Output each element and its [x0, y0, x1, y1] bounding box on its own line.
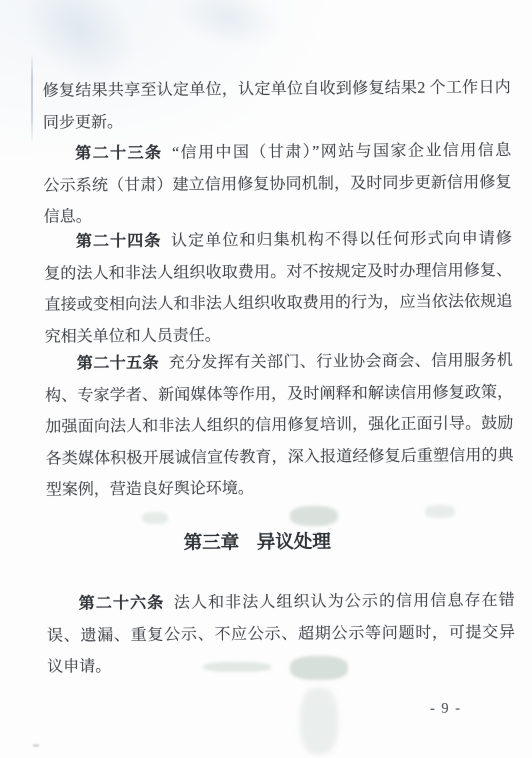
chapter-title: 异议处理	[257, 532, 331, 553]
document-page: 修复结果共享至认定单位，认定单位自收到修复结果2 个工作日内 同步更新。 第二十…	[0, 0, 532, 758]
text-line: 同步更新。	[43, 104, 511, 139]
chapter-heading: 第三章异议处理	[1, 526, 513, 560]
paragraph-article-23: 第二十三条“信用中国（甘肃）”网站与国家企业信用信息 公示系统（甘肃）建立信用修…	[43, 135, 512, 233]
paragraph-article-26: 第二十六条法人和非法人组织认为公示的信用信息存在错 误、遗漏、重复公示、不应公示…	[47, 585, 516, 683]
text-line: 第二十四条认定单位和归集机构不得以任何形式向申请修	[44, 223, 512, 258]
article-term: 第二十四条	[76, 233, 162, 251]
text-line: 误、遗漏、重复公示、不应公示、超期公示等问题时，可提交异	[47, 617, 515, 652]
paragraph-article-25: 第二十五条充分发挥有关部门、行业协会商会、信用服务机 构、专家学者、新闻媒体等作…	[45, 345, 514, 506]
article-term: 第二十五条	[77, 355, 159, 373]
text-line: 型案例，营造良好舆论环境。	[46, 471, 514, 506]
article-term: 第二十三条	[75, 145, 162, 163]
text-line: 复的法人和非法人组织收取费用。对不按规定及时办理信用修复、	[44, 255, 512, 290]
text-line: 构、专家学者、新闻媒体等作用，及时阐释和解读信用修复政策，	[45, 377, 513, 412]
article-text: “信用中国（甘肃）”网站与国家企业信用信息	[172, 142, 511, 162]
chapter-number: 第三章	[184, 533, 240, 553]
text-line: 各类媒体积极开展诚信宣传教育，深入报道经修复后重塑信用的典	[45, 440, 513, 475]
text-line: 修复结果共享至认定单位，认定单位自收到修复结果2 个工作日内	[43, 72, 511, 107]
text-line: 第二十六条法人和非法人组织认为公示的信用信息存在错	[47, 585, 515, 620]
text-line: 直接或变相向法人和非法人组织收取费用的行为，应当依法依规追	[44, 286, 512, 321]
paragraph-article-24: 第二十四条认定单位和归集机构不得以任何形式向申请修 复的法人和非法人组织收取费用…	[44, 223, 513, 353]
article-text: 法人和非法人组织认为公示的信用信息存在错	[174, 592, 515, 612]
text-line: 第二十三条“信用中国（甘肃）”网站与国家企业信用信息	[43, 135, 511, 170]
paragraph-continuation: 修复结果共享至认定单位，认定单位自收到修复结果2 个工作日内 同步更新。	[43, 72, 511, 139]
article-text: 认定单位和归集机构不得以任何形式向申请修	[171, 230, 512, 250]
page-number: - 9 -	[430, 699, 462, 717]
text-line: 第二十五条充分发挥有关部门、行业协会商会、信用服务机	[45, 345, 513, 380]
page-content: 修复结果共享至认定单位，认定单位自收到修复结果2 个工作日内 同步更新。 第二十…	[0, 0, 532, 758]
article-term: 第二十六条	[79, 595, 165, 613]
text-line: 加强面向法人和非法人组织的信用修复培训，强化正面引导。鼓励	[45, 408, 513, 443]
text-line: 公示系统（甘肃）建立信用修复协同机制，及时同步更新信用修复	[43, 167, 511, 202]
article-text: 充分发挥有关部门、行业协会商会、信用服务机	[168, 352, 512, 372]
text-line: 议申请。	[47, 648, 515, 683]
